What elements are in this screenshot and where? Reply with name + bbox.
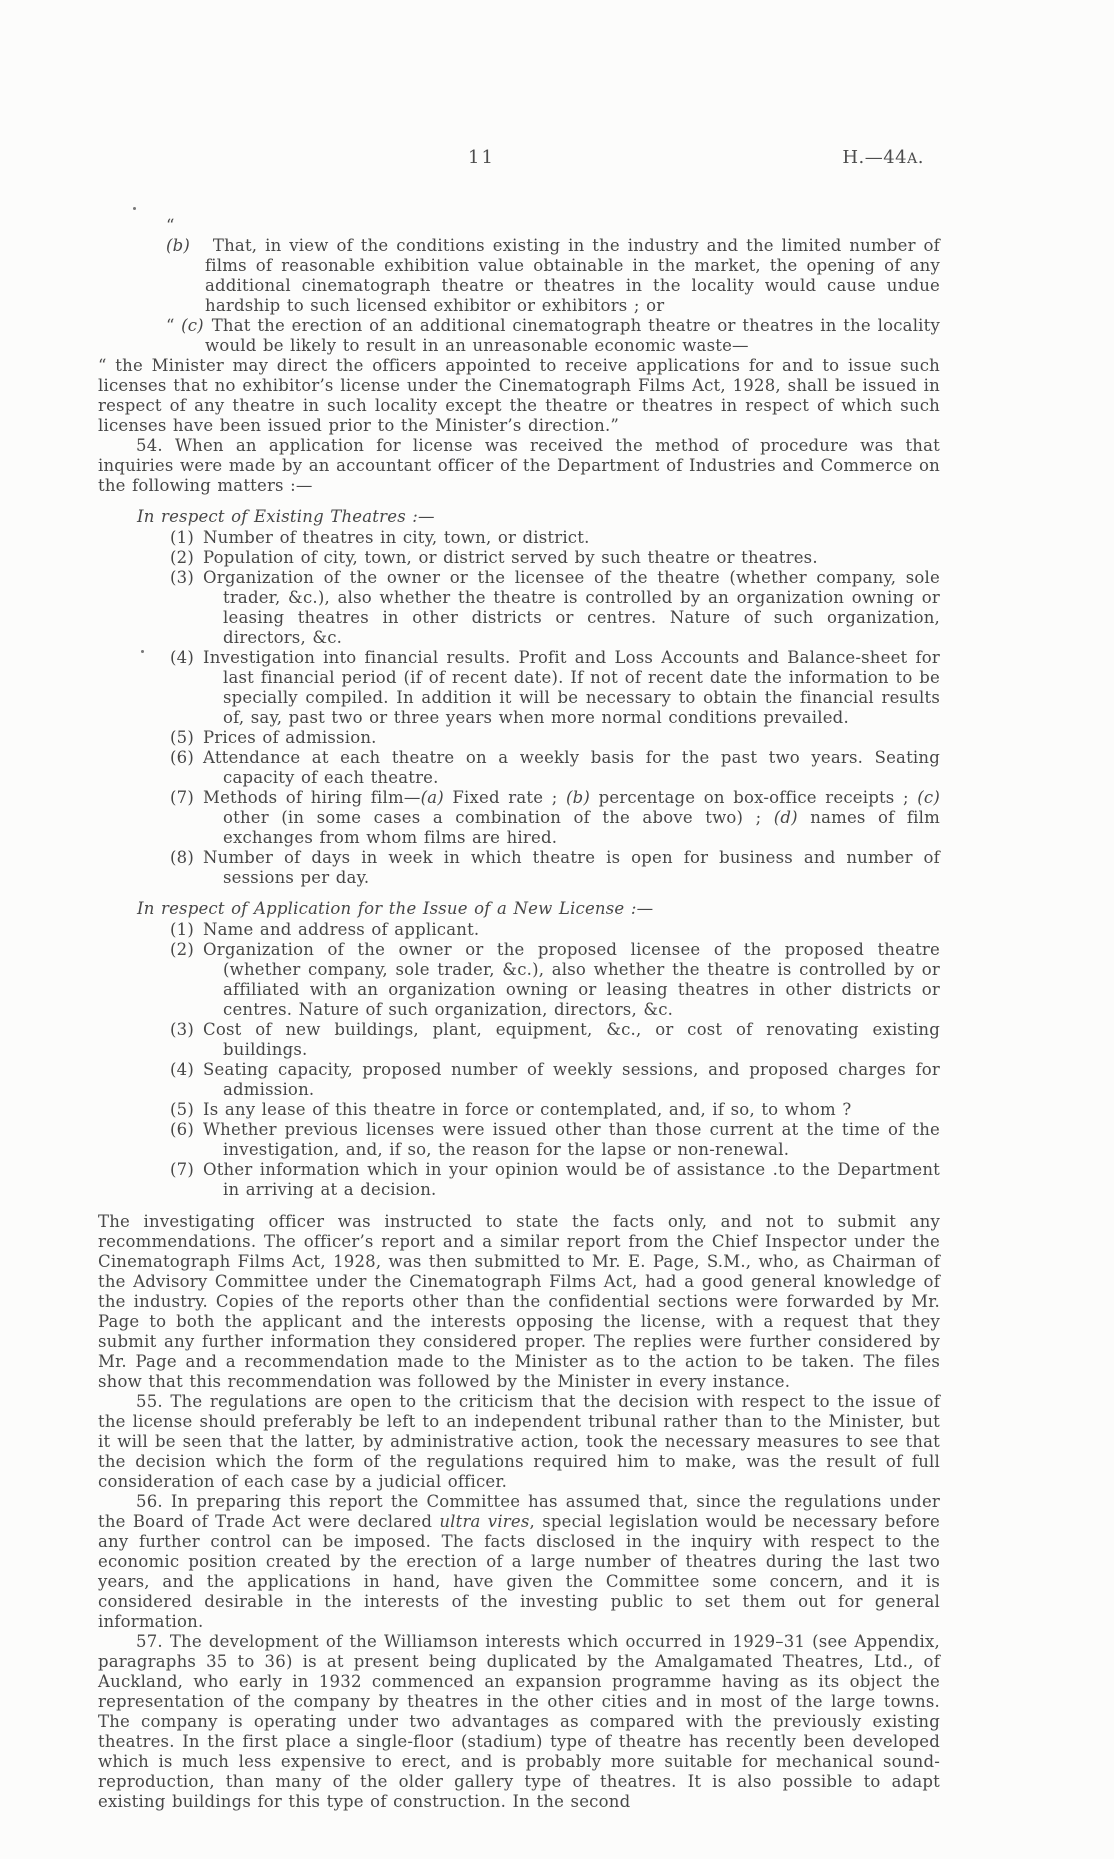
existing-theatres-heading: In respect of Existing Theatres :— [137, 507, 940, 527]
paragraph-56: 56. In preparing this report the Committ… [98, 1492, 940, 1632]
sub-label-d: (d) [774, 808, 798, 827]
clause-b-text: That, in view of the conditions existing… [205, 236, 940, 315]
paragraph-57: 57. The development of the Williamson in… [98, 1632, 940, 1812]
paragraph-54: 54. When an application for license was … [98, 436, 940, 496]
list-item: (2)Population of city, town, or district… [98, 548, 940, 568]
item-number: (5) [170, 1100, 203, 1120]
item-number: (3) [170, 1020, 203, 1040]
sub-label-a: (a) [421, 788, 444, 807]
item-number: (7) [170, 1160, 203, 1180]
item-number: (6) [170, 748, 203, 768]
list-item: (6)Whether previous licenses were issued… [98, 1120, 940, 1160]
list-item: (3)Cost of new buildings, plant, equipme… [98, 1020, 940, 1060]
report-reference-main: H.—44 [842, 147, 907, 168]
quote-paragraph-c: “ (c) That the erection of an additional… [98, 316, 940, 356]
list-item: (5)Prices of admission. [98, 728, 940, 748]
item-text: Methods of hiring film— [203, 788, 421, 807]
minister-direction-paragraph: “ the Minister may direct the officers a… [98, 356, 940, 436]
list-item: (6)Attendance at each theatre on a weekl… [98, 748, 940, 788]
clause-label-b: (b) [166, 236, 190, 255]
new-license-heading: In respect of Application for the Issue … [137, 899, 940, 919]
open-quote: “ [166, 216, 175, 235]
item-number: (2) [170, 940, 203, 960]
item-text: Number of days in week in which theatre … [203, 848, 940, 887]
item-number: (1) [170, 920, 203, 940]
clause-c-text: That the erection of an additional cinem… [205, 316, 940, 355]
list-item: (8)Number of days in week in which theat… [98, 848, 940, 888]
page-content: 11 H.—44A. “ (b) That, in view of the co… [98, 148, 940, 1812]
item-text: Organization of the owner or the license… [203, 568, 940, 647]
item-number: (4) [170, 1060, 203, 1080]
paragraph-55: 55. The regulations are open to the crit… [98, 1392, 940, 1492]
item-text: Number of theatres in city, town, or dis… [203, 528, 590, 547]
item-text: Attendance at each theatre on a weekly b… [203, 748, 940, 787]
list-item: (4)Investigation into financial results.… [98, 648, 940, 728]
officer-procedure-paragraph: The investigating officer was instructed… [98, 1212, 940, 1392]
item-text: Other information which in your opinion … [203, 1160, 940, 1199]
item-number: (5) [170, 728, 203, 748]
list-item: (5)Is any lease of this theatre in force… [98, 1100, 940, 1120]
item-number: (3) [170, 568, 203, 588]
item-number: (1) [170, 528, 203, 548]
list-item: (2)Organization of the owner or the prop… [98, 940, 940, 1020]
list-item: (1)Number of theatres in city, town, or … [98, 528, 940, 548]
item-text: Organization of the owner or the propose… [203, 940, 940, 1019]
clause-label-c: (c) [181, 316, 204, 335]
latin-term-ultra-vires: ultra vires [439, 1512, 529, 1531]
list-item: (7)Other information which in your opini… [98, 1160, 940, 1200]
quote-c-marker: “ (c) [166, 316, 205, 336]
item-text: other (in some cases a combination of th… [223, 808, 774, 827]
item-text: Population of city, town, or district se… [203, 548, 818, 567]
sub-label-c: (c) [917, 788, 940, 807]
sub-label-b: (b) [566, 788, 590, 807]
page-header: 11 H.—44A. [98, 148, 940, 172]
existing-theatres-list: (1)Number of theatres in city, town, or … [98, 528, 940, 888]
new-license-list: (1)Name and address of applicant. (2)Org… [98, 920, 940, 1200]
item-text: Is any lease of this theatre in force or… [203, 1100, 851, 1119]
report-reference: H.—44A. [842, 148, 924, 169]
list-item: (1)Name and address of applicant. [98, 920, 940, 940]
item-number: (8) [170, 848, 203, 868]
item-number: (4) [170, 648, 203, 668]
quote-paragraph-b: “ (b) That, in view of the conditions ex… [98, 216, 940, 316]
list-item: (7)Methods of hiring film—(a) Fixed rate… [98, 788, 940, 848]
item-text: Prices of admission. [203, 728, 377, 747]
list-item: (3)Organization of the owner or the lice… [98, 568, 940, 648]
item-text: Name and address of applicant. [203, 920, 479, 939]
document-page: 11 H.—44A. “ (b) That, in view of the co… [0, 0, 1114, 1859]
item-number: (6) [170, 1120, 203, 1140]
list-item: (4)Seating capacity, proposed number of … [98, 1060, 940, 1100]
report-reference-dot: . [918, 147, 924, 168]
quote-b-marker: “ (b) [166, 216, 205, 256]
open-quote: “ [166, 316, 181, 335]
report-reference-suffix: A [907, 151, 918, 167]
page-number: 11 [468, 148, 495, 168]
item-number: (7) [170, 788, 203, 808]
item-text: Cost of new buildings, plant, equipment,… [203, 1020, 940, 1059]
item-text: Fixed rate ; [444, 788, 566, 807]
item-text: Investigation into financial results. Pr… [203, 648, 940, 727]
item-text: Seating capacity, proposed number of wee… [203, 1060, 940, 1099]
item-text: percentage on box-office receipts ; [590, 788, 917, 807]
item-number: (2) [170, 548, 203, 568]
item-text: Whether previous licenses were issued ot… [203, 1120, 940, 1159]
